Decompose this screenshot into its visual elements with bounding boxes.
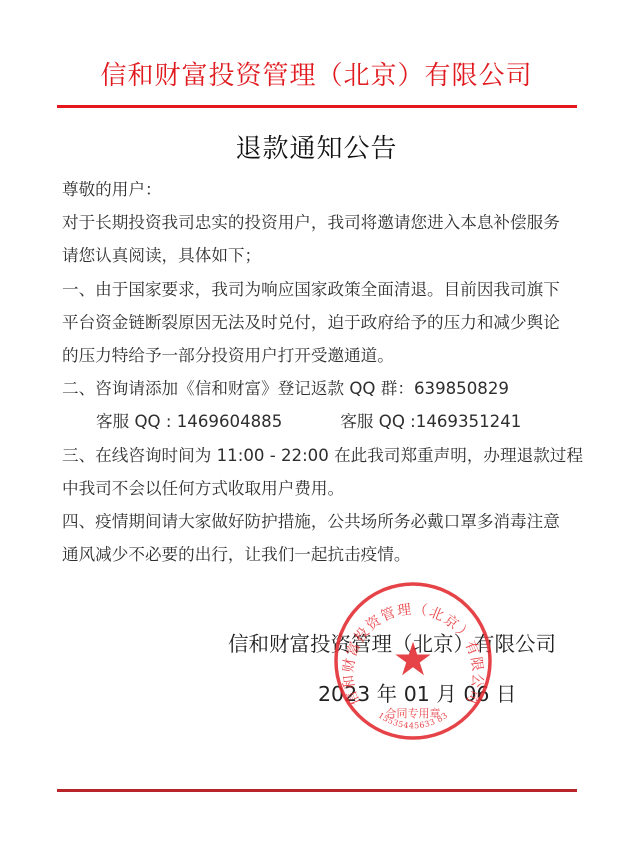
section-1-line: 平台资金链断裂原因无法及时兑付，迫于政府给予的压力和减少舆论 <box>62 306 582 339</box>
intro-line: 请您认真阅读，具体如下； <box>62 239 582 272</box>
header-divider <box>57 105 577 108</box>
section-3-line: 三、在线咨询时间为 11:00 - 22:00 在此我司郑重声明，办理退款过程 <box>62 439 582 472</box>
section-2-qq-group: 二、咨询请添加《信和财富》登记返款 QQ 群：639850829 <box>62 372 582 405</box>
section-1-line: 的压力特给予一部分投资用户打开受邀通道。 <box>62 339 582 372</box>
company-header-title: 信和财富投资管理（北京）有限公司 <box>0 58 633 94</box>
section-4-line: 四、疫情期间请大家做好防护措施，公共场所务必戴口罩多消毒注意 <box>62 505 582 538</box>
document-title: 退款通知公告 <box>0 130 633 168</box>
footer-divider <box>57 789 577 792</box>
section-1-line: 一、由于国家要求，我司为响应国家政策全面清退。目前因我司旗下 <box>62 273 582 306</box>
customer-service-qq-row: 客服 QQ : 1469604885客服 QQ :1469351241 <box>62 405 582 438</box>
stamp-star-icon: ★ <box>392 632 433 686</box>
intro-line: 对于长期投资我司忠实的投资用户，我司将邀请您进入本息补偿服务 <box>62 206 582 239</box>
greeting: 尊敬的用户： <box>62 173 582 206</box>
section-3-line: 中我司不会以任何方式收取用户费用。 <box>62 472 582 505</box>
notice-body: 尊敬的用户： 对于长期投资我司忠实的投资用户，我司将邀请您进入本息补偿服务 请您… <box>62 173 582 571</box>
customer-service-qq-2: 客服 QQ :1469351241 <box>340 412 521 431</box>
company-seal-stamp-icon: 信和财富投资管理（北京）有限公司 ★ 合同专用章 15535445633 83 <box>332 580 494 742</box>
customer-service-qq-1: 客服 QQ : 1469604885 <box>96 412 282 431</box>
section-4-line: 通风减少不必要的出行，让我们一起抗击疫情。 <box>62 538 582 571</box>
